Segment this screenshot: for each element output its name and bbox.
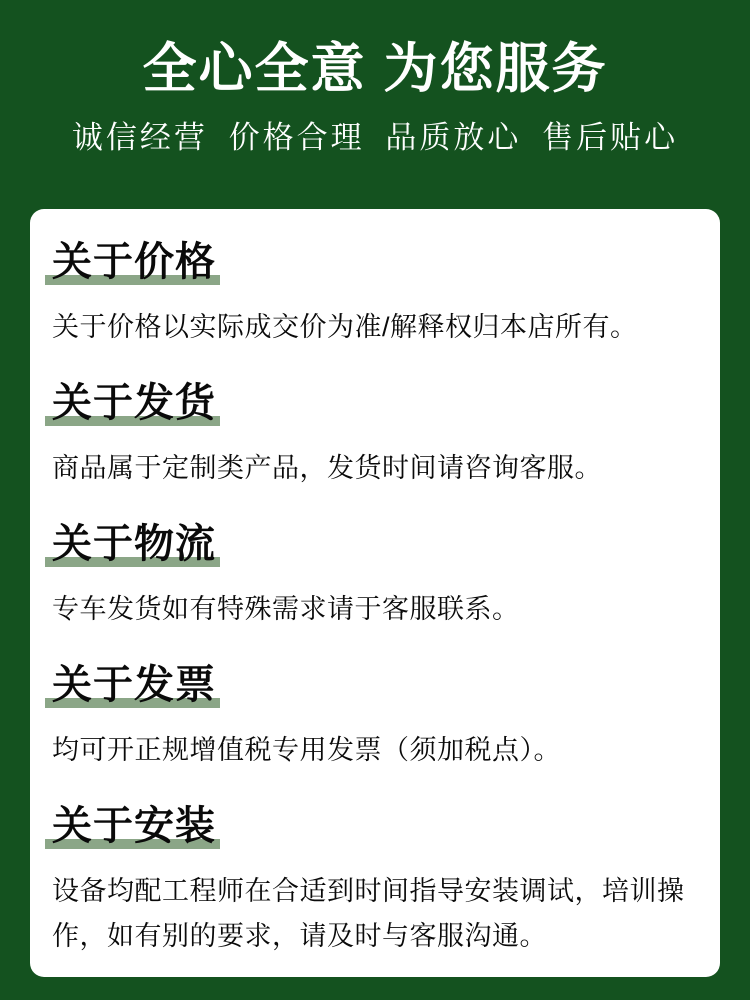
section-body-shipping: 商品属于定制类产品，发货时间请咨询客服。 (52, 446, 696, 491)
section-heading-installation: 关于安装 (52, 803, 696, 849)
section-logistics: 关于物流 专车发货如有特殊需求请于客服联系。 (52, 521, 696, 632)
section-body-installation: 设备均配工程师在合适到时间指导安装调试，培训操作，如有别的要求，请及时与客服沟通… (52, 869, 696, 959)
heading-highlight: 关于物流 (45, 521, 220, 567)
section-price: 关于价格 关于价格以实际成交价为准/解释权归本店所有。 (52, 239, 696, 350)
section-heading-price: 关于价格 (52, 239, 696, 285)
service-banner: 全心全意 为您服务 诚信经营 价格合理 品质放心 售后贴心 (0, 0, 750, 160)
section-installation: 关于安装 设备均配工程师在合适到时间指导安装调试，培训操作，如有别的要求，请及时… (52, 803, 696, 959)
heading-highlight: 关于价格 (45, 239, 220, 285)
section-body-price: 关于价格以实际成交价为准/解释权归本店所有。 (52, 305, 696, 350)
promo-page: { "colors": { "background": "#14521f", "… (0, 0, 750, 1000)
heading-highlight: 关于发货 (45, 380, 220, 426)
section-invoice: 关于发票 均可开正规增值税专用发票（须加税点）。 (52, 662, 696, 773)
section-heading-invoice: 关于发票 (52, 662, 696, 708)
section-shipping: 关于发货 商品属于定制类产品，发货时间请咨询客服。 (52, 380, 696, 491)
heading-highlight: 关于发票 (45, 662, 220, 708)
heading-highlight: 关于安装 (45, 803, 220, 849)
section-heading-shipping: 关于发货 (52, 380, 696, 426)
section-heading-logistics: 关于物流 (52, 521, 696, 567)
banner-subtitle: 诚信经营 价格合理 品质放心 售后贴心 (0, 116, 750, 160)
banner-title: 全心全意 为您服务 (0, 38, 750, 100)
section-body-logistics: 专车发货如有特殊需求请于客服联系。 (52, 587, 696, 632)
section-body-invoice: 均可开正规增值税专用发票（须加税点）。 (52, 728, 696, 773)
service-info-card: 关于价格 关于价格以实际成交价为准/解释权归本店所有。 关于发货 商品属于定制类… (30, 209, 720, 977)
